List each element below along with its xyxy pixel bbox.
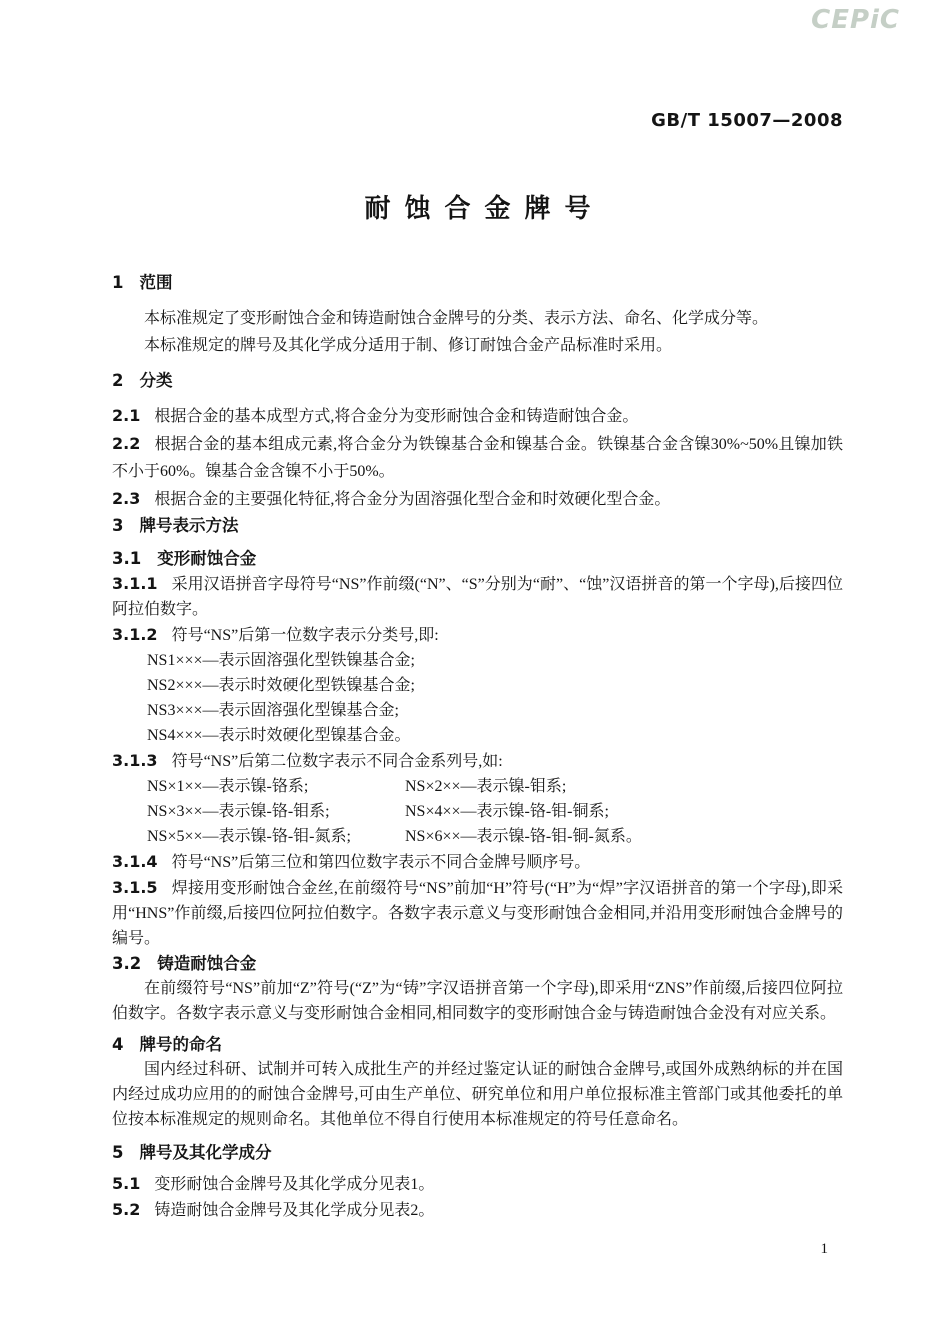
clause-3-1-5-number: 3.1.5 [112,878,158,897]
ns-series-item-4: NS×4××—表示镍-铬-钼-铜系; [405,799,609,824]
ns-series-item-2: NS×2××—表示镍-钼系; [405,774,566,799]
ns-class-item-4: NS4×××—表示时效硬化型镍基合金。 [147,723,843,748]
clause-3-1-4: 3.1.4符号“NS”后第三位和第四位数字表示不同合金牌号顺序号。 [112,849,843,875]
section-classification: 2分类 2.1根据合金的基本成型方式,将合金分为变形耐蚀合金和铸造耐蚀合金。 2… [112,368,843,513]
section-3-1-title: 变形耐蚀合金 [157,549,256,568]
clause-3-1-1-text: 采用汉语拼音字母符号“NS”作前缀(“N”、“S”分别为“耐”、“蚀”汉语拼音的… [112,576,843,618]
scope-paragraph-1: 本标准规定了变形耐蚀合金和铸造耐蚀合金牌号的分类、表示方法、命名、化学成分等。 [112,305,843,332]
section-1-number: 1 [112,273,123,292]
section-2-heading: 2分类 [112,368,843,394]
section-4-number: 4 [112,1035,123,1054]
clause-5-1: 5.1变形耐蚀合金牌号及其化学成分见表1。 [112,1171,843,1197]
ns-series-row-2: NS×3××—表示镍-铬-钼系; NS×4××—表示镍-铬-钼-铜系; [147,799,843,824]
section-3-heading: 3牌号表示方法 [112,513,843,539]
section-4-heading: 4牌号的命名 [112,1032,843,1057]
naming-paragraph: 国内经过科研、试制并可转入成批生产的并经过鉴定认证的耐蚀合金牌号,或国外成熟纳标… [112,1057,843,1132]
ns-class-item-1: NS1×××—表示固溶强化型铁镍基合金; [147,648,843,673]
section-5-title: 牌号及其化学成分 [139,1143,271,1162]
clause-3-1-3-text: 符号“NS”后第二位数字表示不同合金系列号,如: [172,753,503,770]
section-2-title: 分类 [139,371,172,390]
section-1-title: 范围 [139,273,172,292]
ns-series-row-3: NS×5××—表示镍-铬-钼-氮系; NS×6××—表示镍-铬-钼-铜-氮系。 [147,824,843,849]
clause-3-1-4-text: 符号“NS”后第三位和第四位数字表示不同合金牌号顺序号。 [172,854,591,871]
section-3-2-heading: 3.2铸造耐蚀合金 [112,951,843,976]
ns-class-item-2: NS2×××—表示时效硬化型铁镍基合金; [147,673,843,698]
ns-series-item-6: NS×6××—表示镍-铬-钼-铜-氮系。 [405,824,642,849]
section-3-number: 3 [112,516,123,535]
ns-series-item-1: NS×1××—表示镍-铬系; [147,774,405,799]
ns-series-item-3: NS×3××—表示镍-铬-钼系; [147,799,405,824]
section-3-2-number: 3.2 [112,954,141,973]
section-3-1-heading: 3.1变形耐蚀合金 [112,546,843,571]
clause-3-1-2-text: 符号“NS”后第一位数字表示分类号,即: [172,627,439,644]
clause-3-1-1: 3.1.1采用汉语拼音字母符号“NS”作前缀(“N”、“S”分别为“耐”、“蚀”… [112,571,843,622]
standard-number: GB/T 15007—2008 [651,110,843,131]
clause-2-1-text: 根据合金的基本成型方式,将合金分为变形耐蚀合金和铸造耐蚀合金。 [154,408,638,425]
section-3-2-title: 铸造耐蚀合金 [157,954,256,973]
clause-3-1-3-number: 3.1.3 [112,751,158,770]
clause-2-3-text: 根据合金的主要强化特征,将合金分为固溶强化型合金和时效硬化型合金。 [154,491,670,508]
ns-series-item-5: NS×5××—表示镍-铬-钼-氮系; [147,824,405,849]
scope-paragraph-2: 本标准规定的牌号及其化学成分适用于制、修订耐蚀合金产品标准时采用。 [112,332,843,359]
section-5-number: 5 [112,1143,123,1162]
clause-2-1: 2.1根据合金的基本成型方式,将合金分为变形耐蚀合金和铸造耐蚀合金。 [112,402,843,430]
clause-3-1-1-number: 3.1.1 [112,574,158,593]
section-4-title: 牌号的命名 [139,1035,222,1054]
ns-class-item-3: NS3×××—表示固溶强化型镍基合金; [147,698,843,723]
ns-series-row-1: NS×1××—表示镍-铬系; NS×2××—表示镍-钼系; [147,774,843,799]
clause-3-1-3: 3.1.3符号“NS”后第二位数字表示不同合金系列号,如: [112,748,843,774]
clause-5-1-text: 变形耐蚀合金牌号及其化学成分见表1。 [154,1176,434,1193]
cast-alloy-paragraph: 在前缀符号“NS”前加“Z”符号(“Z”为“铸”字汉语拼音第一个字母),即采用“… [112,976,843,1026]
header-row: GB/T 15007—2008 [112,110,843,131]
clause-3-1-5-text: 焊接用变形耐蚀合金丝,在前缀符号“NS”前加“H”符号(“H”为“焊”字汉语拼音… [112,880,843,947]
page-number: 1 [821,1239,829,1259]
clause-5-2: 5.2铸造耐蚀合金牌号及其化学成分见表2。 [112,1197,843,1223]
clause-3-1-2-number: 3.1.2 [112,625,158,644]
section-designation-method: 3牌号表示方法 [112,513,843,539]
clause-2-1-number: 2.1 [112,406,140,425]
section-3-1-number: 3.1 [112,549,141,568]
clause-3-1-4-number: 3.1.4 [112,852,158,871]
clause-2-2-text: 根据合金的基本组成元素,将合金分为铁镍基合金和镍基合金。铁镍基合金含镍30%~5… [112,436,843,480]
clause-2-3: 2.3根据合金的主要强化特征,将合金分为固溶强化型合金和时效硬化型合金。 [112,485,843,513]
ns-class-list: NS1×××—表示固溶强化型铁镍基合金; NS2×××—表示时效硬化型铁镍基合金… [147,648,843,748]
clause-3-1-2: 3.1.2符号“NS”后第一位数字表示分类号,即: [112,622,843,648]
section-1-heading: 1范围 [112,270,843,296]
clause-5-2-text: 铸造耐蚀合金牌号及其化学成分见表2。 [154,1202,434,1219]
section-3-title: 牌号表示方法 [139,516,238,535]
title-row: 耐蚀合金牌号 [112,188,843,225]
clause-5-2-number: 5.2 [112,1200,140,1219]
section-2-number: 2 [112,371,123,390]
cepic-watermark-logo: CEPiC [811,5,900,35]
section-scope: 1范围 本标准规定了变形耐蚀合金和铸造耐蚀合金牌号的分类、表示方法、命名、化学成… [112,270,843,359]
clause-5-1-number: 5.1 [112,1174,140,1193]
clause-2-2-number: 2.2 [112,434,140,453]
clause-2-2: 2.2根据合金的基本组成元素,将合金分为铁镍基合金和镍基合金。铁镍基合金含镍30… [112,430,843,485]
section-3-body: 3.1变形耐蚀合金 3.1.1采用汉语拼音字母符号“NS”作前缀(“N”、“S”… [112,546,843,1223]
section-5-heading: 5牌号及其化学成分 [112,1140,843,1165]
clause-3-1-5: 3.1.5焊接用变形耐蚀合金丝,在前缀符号“NS”前加“H”符号(“H”为“焊”… [112,875,843,951]
document-page: CEPiC GB/T 15007—2008 耐蚀合金牌号 1范围 本标准规定了变… [0,0,950,1344]
document-title: 耐蚀合金牌号 [112,188,843,225]
clause-2-3-number: 2.3 [112,489,140,508]
